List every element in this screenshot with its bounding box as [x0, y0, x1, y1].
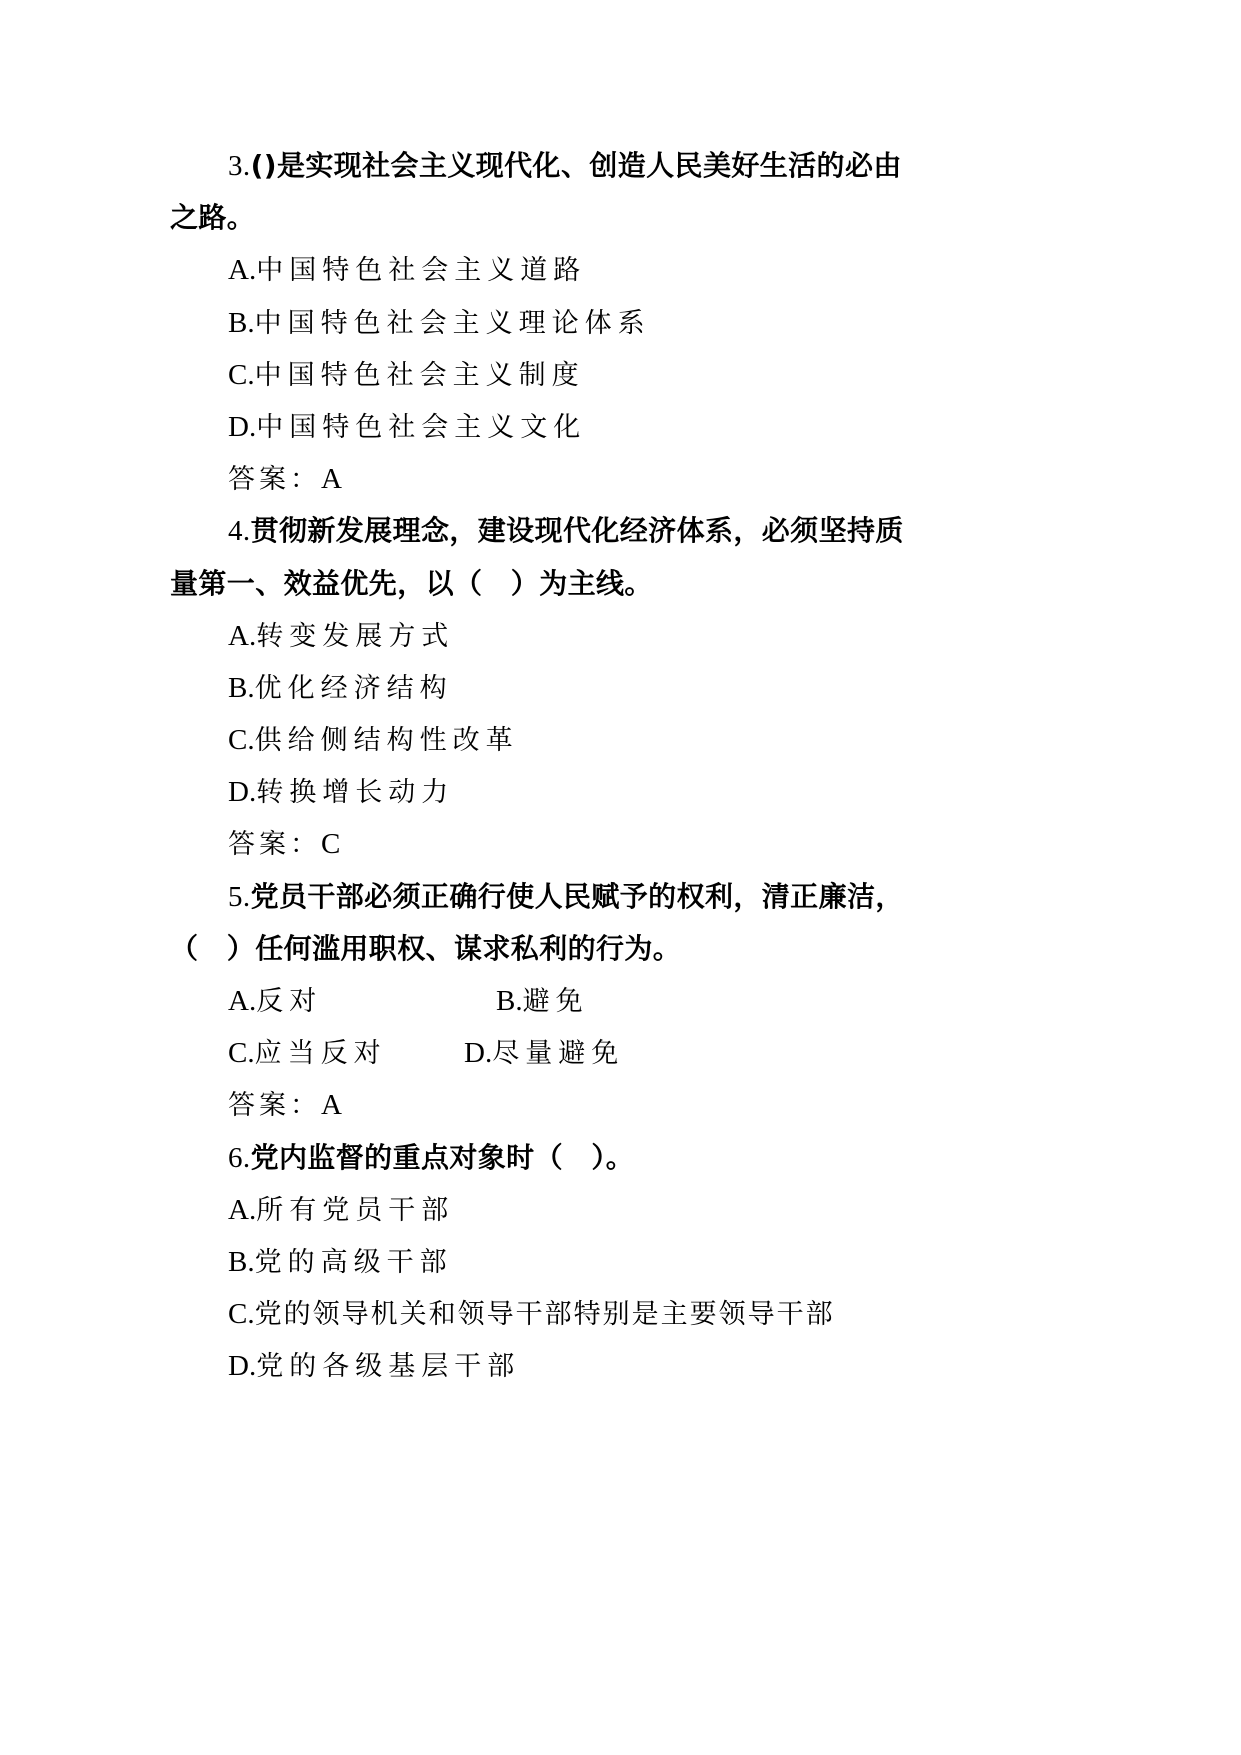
option-letter: C. [228, 724, 255, 756]
option-text: 供给侧结构性改革 [255, 725, 519, 756]
option-letter: D. [464, 1037, 492, 1069]
question-stem-line: 量第一、效益优先，以（ ）为主线。 [170, 558, 945, 610]
document-page: 3.()是实现社会主义现代化、创造人民美好生活的必由 之路。 A.中国特色社会主… [170, 140, 945, 1393]
option-text: 中国特色社会主义制度 [255, 360, 585, 391]
option-d: D.转换增长动力 [170, 766, 945, 818]
option-a: A.转变发展方式 [170, 610, 945, 662]
option-letter: A. [228, 620, 256, 652]
option-text: 中国特色社会主义道路 [256, 255, 586, 286]
option-row: A.反对 B.避免 [170, 975, 945, 1027]
option-b: B.党的高级干部 [170, 1236, 945, 1288]
option-a: A.反对 [228, 975, 496, 1027]
question-number: 4. [228, 515, 251, 547]
question-number: 6. [228, 1142, 251, 1174]
option-d: D.党的各级基层干部 [170, 1340, 945, 1392]
option-row: C.应当反对 D.尽量避免 [170, 1027, 945, 1079]
question-stem-line: 3.()是实现社会主义现代化、创造人民美好生活的必由 [170, 140, 945, 192]
option-d: D.尽量避免 [464, 1027, 624, 1079]
answer-line: 答案：A [170, 1079, 945, 1131]
question-3: 3.()是实现社会主义现代化、创造人民美好生活的必由 之路。 A.中国特色社会主… [170, 140, 945, 505]
option-letter: B. [496, 985, 523, 1017]
option-a: A.中国特色社会主义道路 [170, 244, 945, 296]
option-text: 优化经济结构 [255, 673, 453, 704]
answer-label: 答案： [228, 464, 321, 495]
answer-label: 答案： [228, 1090, 321, 1121]
option-letter: C. [228, 1298, 255, 1330]
option-b: B.优化经济结构 [170, 662, 945, 714]
answer-value: A [321, 1089, 342, 1121]
question-stem-line: 6.党内监督的重点对象时（ ）。 [170, 1132, 945, 1184]
option-b: B.中国特色社会主义理论体系 [170, 297, 945, 349]
option-letter: C. [228, 1037, 255, 1069]
option-text: 党的领导机关和领导干部特别是主要领导干部 [255, 1299, 835, 1330]
answer-value: A [321, 463, 342, 495]
question-number: 3. [228, 150, 251, 182]
question-stem-text: 贯彻新发展理念，建设现代化经济体系，必须坚持质 [251, 514, 904, 547]
option-letter: D. [228, 411, 256, 443]
answer-line: 答案：A [170, 453, 945, 505]
option-letter: D. [228, 1350, 256, 1382]
option-letter: A. [228, 1194, 256, 1226]
option-b: B.避免 [496, 975, 589, 1027]
question-stem-text: ()是实现社会主义现代化、创造人民美好生活的必由 [251, 149, 902, 182]
option-text: 所有党员干部 [256, 1195, 454, 1226]
question-stem-line: （ ）任何滥用职权、谋求私利的行为。 [170, 923, 945, 975]
option-c: C.党的领导机关和领导干部特别是主要领导干部 [170, 1288, 945, 1340]
question-stem-text: 党内监督的重点对象时（ ）。 [251, 1141, 635, 1174]
option-text: 转换增长动力 [256, 777, 454, 808]
question-4: 4.贯彻新发展理念，建设现代化经济体系，必须坚持质 量第一、效益优先，以（ ）为… [170, 505, 945, 870]
question-stem-line: 之路。 [170, 192, 945, 244]
question-stem-text: 党员干部必须正确行使人民赋予的权利，清正廉洁， [251, 880, 904, 913]
question-stem-line: 4.贯彻新发展理念，建设现代化经济体系，必须坚持质 [170, 505, 945, 557]
option-text: 中国特色社会主义文化 [256, 412, 586, 443]
option-c: C.供给侧结构性改革 [170, 714, 945, 766]
option-text: 反对 [256, 986, 322, 1017]
option-letter: B. [228, 307, 255, 339]
option-c: C.应当反对 [228, 1027, 464, 1079]
question-6: 6.党内监督的重点对象时（ ）。 A.所有党员干部 B.党的高级干部 C.党的领… [170, 1132, 945, 1393]
answer-label: 答案： [228, 829, 321, 860]
option-text: 中国特色社会主义理论体系 [255, 308, 651, 339]
option-a: A.所有党员干部 [170, 1184, 945, 1236]
option-letter: C. [228, 359, 255, 391]
answer-line: 答案：C [170, 818, 945, 870]
question-number: 5. [228, 881, 251, 913]
option-text: 尽量避免 [492, 1038, 624, 1069]
option-text: 避免 [523, 986, 589, 1017]
option-letter: A. [228, 254, 256, 286]
question-5: 5.党员干部必须正确行使人民赋予的权利，清正廉洁， （ ）任何滥用职权、谋求私利… [170, 871, 945, 1132]
answer-value: C [321, 828, 340, 860]
option-letter: A. [228, 985, 256, 1017]
option-text: 应当反对 [255, 1038, 387, 1069]
option-text: 党的高级干部 [255, 1247, 453, 1278]
option-text: 党的各级基层干部 [256, 1351, 520, 1382]
option-letter: B. [228, 672, 255, 704]
question-stem-line: 5.党员干部必须正确行使人民赋予的权利，清正廉洁， [170, 871, 945, 923]
option-letter: D. [228, 776, 256, 808]
option-letter: B. [228, 1246, 255, 1278]
option-d: D.中国特色社会主义文化 [170, 401, 945, 453]
option-c: C.中国特色社会主义制度 [170, 349, 945, 401]
option-text: 转变发展方式 [256, 621, 454, 652]
